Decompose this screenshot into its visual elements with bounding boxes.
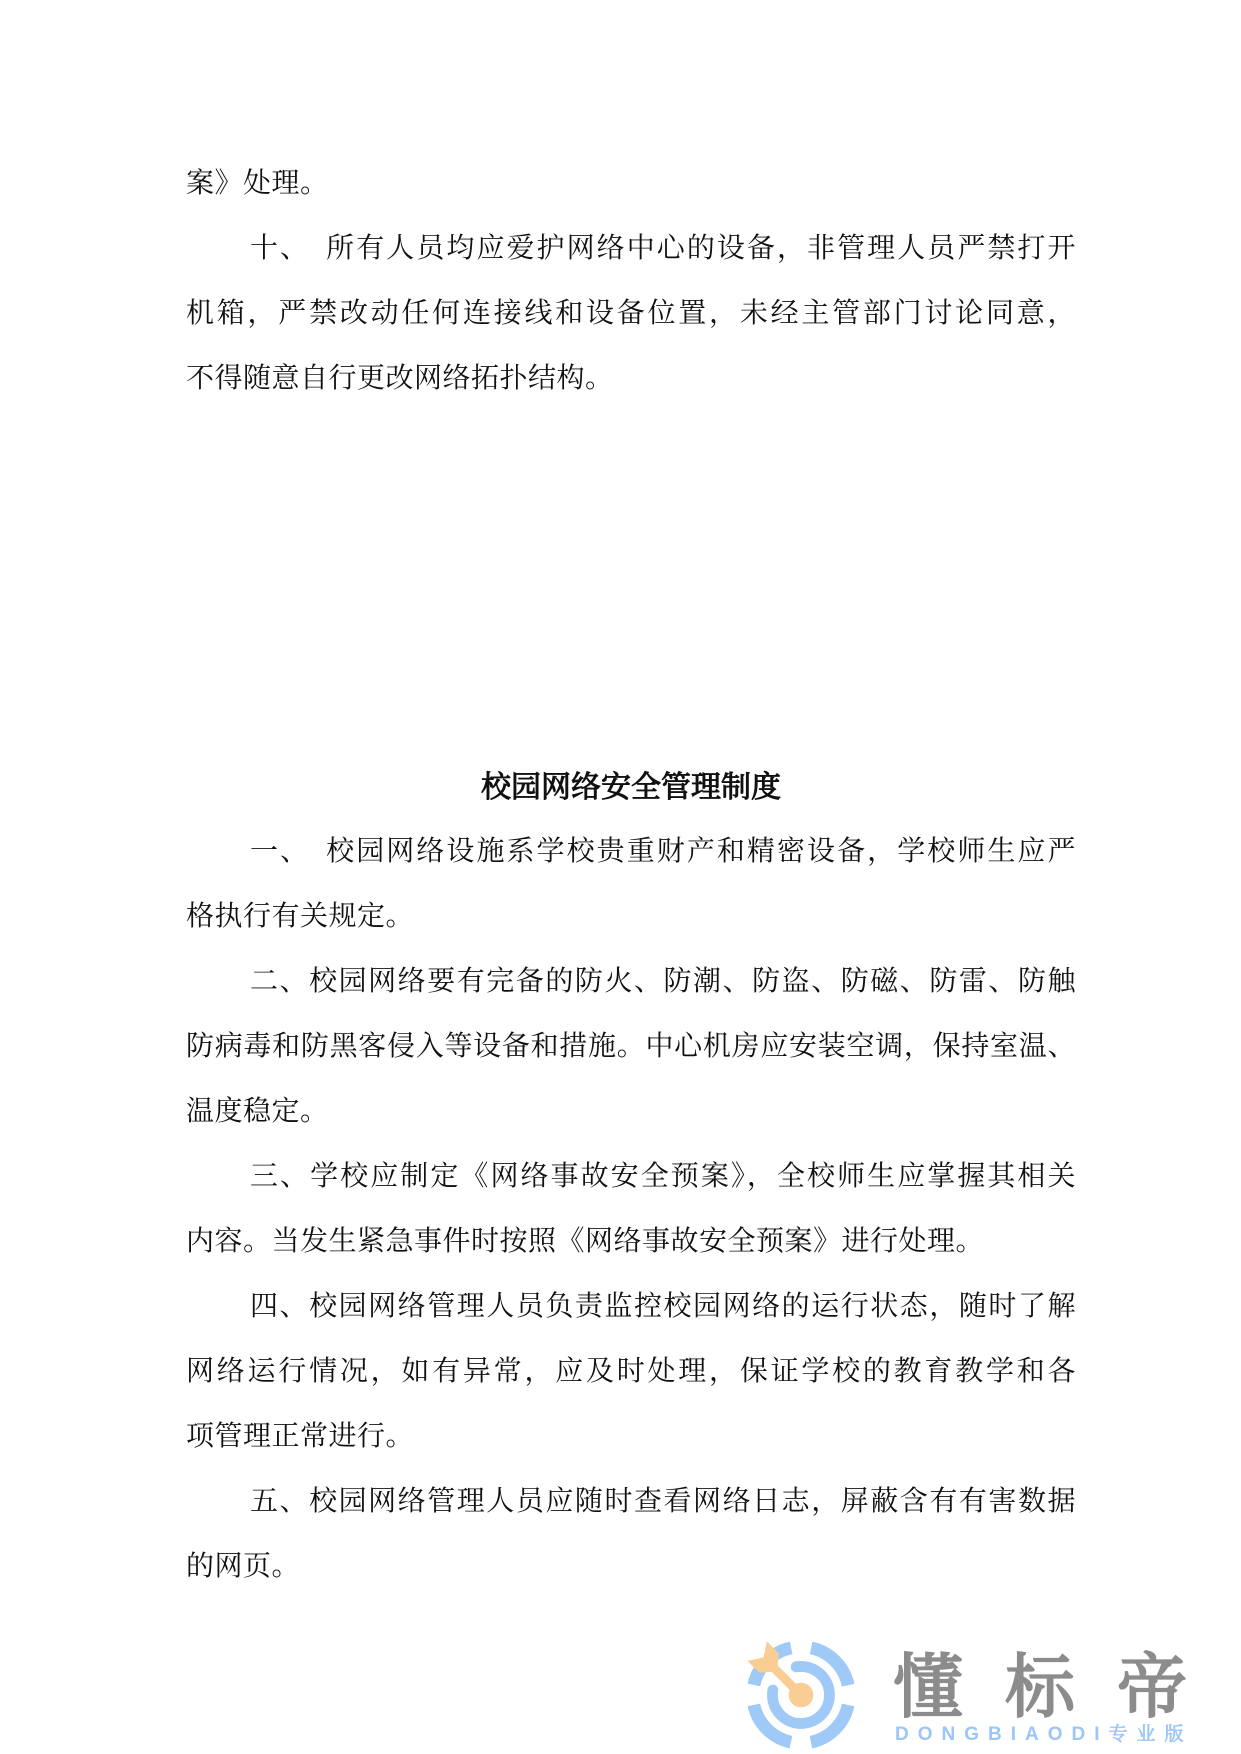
text-line: 不得随意自行更改网络拓扑结构。 — [186, 345, 1076, 410]
text-line: 十、 所有人员均应爱护网络中心的设备，非管理人员严禁打开 — [186, 215, 1076, 280]
section-previous-rules: 案》处理。 十、 所有人员均应爱护网络中心的设备，非管理人员严禁打开 机箱，严禁… — [186, 150, 1076, 410]
text-line: 项管理正常进行。 — [186, 1403, 1076, 1468]
text-line: 五、校园网络管理人员应随时查看网络日志，屏蔽含有有害数据 — [186, 1468, 1076, 1533]
text-line: 网络运行情况，如有异常，应及时处理，保证学校的教育教学和各 — [186, 1338, 1076, 1403]
section-campus-network-rules: 一、 校园网络设施系学校贵重财产和精密设备，学校师生应严 格执行有关规定。 二、… — [186, 818, 1076, 1598]
text-line: 三、学校应制定《网络事故安全预案》，全校师生应掌握其相关 — [186, 1143, 1076, 1208]
text-line: 二、校园网络要有完备的防火、防潮、防盗、防磁、防雷、防触电、 — [186, 948, 1076, 1013]
text-line: 防病毒和防黑客侵入等设备和措施。中心机房应安装空调，保持室温、 — [186, 1013, 1076, 1078]
text-line: 四、校园网络管理人员负责监控校园网络的运行状态，随时了解 — [186, 1273, 1076, 1338]
text-line: 温度稳定。 — [186, 1078, 1076, 1143]
text-line: 一、 校园网络设施系学校贵重财产和精密设备，学校师生应严 — [186, 818, 1076, 883]
watermark-tagline-text: DONGBIAODI专业版 — [895, 1722, 1235, 1748]
watermark-brand-text: 懂标帝 — [893, 1648, 1233, 1726]
document-page: 案》处理。 十、 所有人员均应爱护网络中心的设备，非管理人员严禁打开 机箱，严禁… — [0, 0, 1241, 1754]
section-title: 校园网络安全管理制度 — [186, 758, 1076, 818]
text-line: 格执行有关规定。 — [186, 883, 1076, 948]
document-body: 案》处理。 十、 所有人员均应爱护网络中心的设备，非管理人员严禁打开 机箱，严禁… — [186, 0, 1076, 1598]
text-line: 的网页。 — [186, 1533, 1076, 1598]
dartboard-target-icon — [742, 1636, 860, 1754]
text-line: 机箱，严禁改动任何连接线和设备位置，未经主管部门讨论同意， — [186, 280, 1076, 345]
text-line: 内容。当发生紧急事件时按照《网络事故安全预案》进行处理。 — [186, 1208, 1076, 1273]
text-line: 案》处理。 — [186, 150, 1076, 215]
